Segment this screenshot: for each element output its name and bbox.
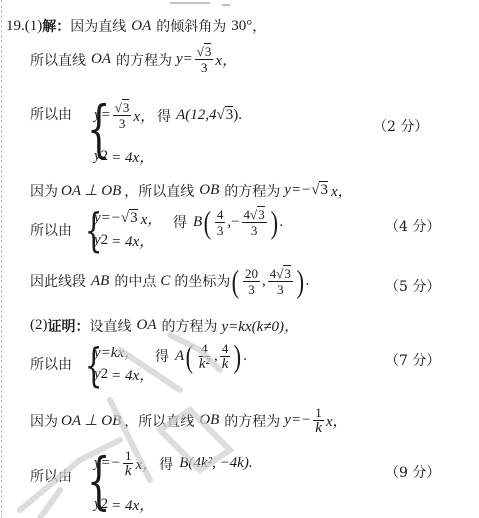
numerator: 20 [243,266,260,282]
perpendicular-relation: OA ⊥ OB [61,181,121,200]
fraction: √3 3 [113,100,132,131]
denominator: k [123,464,134,479]
point-name: B [193,214,202,231]
punct: ， [252,16,266,36]
part-label: (2) [30,317,48,334]
math-var: OA [131,18,151,35]
denominator: k² [197,357,212,372]
part1-line2: 所以直线 OA 的方程为 y= √3 3 x， [30,44,237,75]
cropped-text-fragment [222,0,230,6]
sqrt-sign: √ [121,210,129,227]
left-paren: ( [186,340,193,372]
text: 的方程为 [224,181,280,201]
part2-line2: 所以由 [30,354,72,374]
text: 得 [155,346,169,366]
score-label: （5 分） [385,276,440,296]
text: 所以由 [30,104,72,124]
exponent: 2 [101,496,109,513]
point-result: B(4k², −4k). [179,455,252,472]
page-edge-dashed [1,0,2,518]
point-name: A [175,348,184,365]
var-y: y [94,148,101,165]
system-eq1: y=− 1 k x， 得 B(4k², −4k). [94,448,253,479]
punct: . [243,348,247,365]
equation-lhs: y= [94,107,111,124]
fraction: 4√3 3 [268,266,293,297]
sqrt-sign: √ [217,107,225,124]
equation-rhs: x， [141,208,163,229]
equation-rhs: x， [136,453,158,474]
text: 的中点 [114,271,156,291]
text: 的坐标为 [174,271,230,291]
sqrt-sign: √ [197,44,204,59]
equation: = 4x， [111,230,154,251]
angle-value: 30° [231,18,252,35]
score-label: （7 分） [385,350,440,370]
point-a-result: 得 A ( 4 k² , 4 k ) . [155,340,247,372]
sqrt-sign: √ [115,100,122,115]
text: 因为直线 [70,16,126,36]
part1-line3: 所以由 [30,104,72,124]
radicand: 3 [204,43,212,59]
exponent: 2 [101,232,109,249]
fraction: √3 3 [195,44,214,75]
math-var: OB [199,412,219,429]
colon: ： [56,16,70,36]
colon: ： [76,316,90,336]
fraction: 4 k [220,341,231,372]
numerator: 4 [199,341,210,357]
radicand: 3 [257,206,265,222]
score-label: （2 分） [373,116,428,136]
text: 因为 [30,181,58,201]
cropped-text-fragment [170,0,210,4]
radicand: 3 [283,265,291,281]
math-var: OB [199,182,219,199]
text: 得 [157,106,171,126]
left-paren: ( [232,265,239,297]
text: 所以由 [30,466,72,486]
right-paren: ) [270,206,277,238]
exponent: 2 [101,148,109,165]
text: 得 [159,454,173,474]
text: 因此线段 [30,271,86,291]
system-eq1: y=kx， [94,341,139,362]
math-var: AB [91,273,109,290]
equation-rhs: x， [215,49,237,70]
document-page: 19. (1) 解 ： 因为直线 OA 的倾斜角为 30° ， 所以直线 OA … [0,0,479,518]
equation-lhs: y=− [284,182,311,199]
fraction: 20 3 [243,266,260,297]
comma: , [262,273,266,290]
denominator: 3 [249,223,260,238]
text: 所以由 [30,354,72,374]
radicand: 3 [122,99,130,115]
part1-line6: 因此线段 AB 的中点 C 的坐标为 ( 20 3 , 4√3 3 ) . [30,265,309,297]
fraction: 1 k [313,405,324,436]
math-var: C [160,273,170,290]
point-b-result: 得 B ( 4 3 ,− 4√3 3 ) . [173,206,283,238]
equation-lhs: y= [176,51,193,68]
text: 设直线 [90,316,132,336]
system-eq2: y2 = 4x， [94,146,154,167]
right-paren: ) [234,340,241,372]
denominator: 3 [117,116,128,131]
equation-rhs: x， [326,410,348,431]
equation-lhs: y=− [94,210,121,227]
part1-line5: 所以由 [30,220,72,240]
equation-rhs: x， [133,105,155,126]
text: 的倾斜角为 [156,16,226,36]
equation: = 4x， [111,146,154,167]
fraction: 4 3 [215,207,226,238]
var-y: y [94,366,101,383]
text: 的方程为 [116,50,172,70]
denominator: 3 [215,223,226,238]
punct: . [306,273,310,290]
score-label: （4 分） [385,216,440,236]
math-var: OA [137,317,157,334]
math-var: OA [91,51,111,68]
exponent: 2 [101,366,109,383]
equation: y=kx， [94,341,139,362]
text: 所以直线 [30,50,86,70]
text: ，所以直线 [124,181,194,201]
system-eq2: y2 = 4x， [94,364,154,385]
fraction: 4 k² [197,341,212,372]
comma: ,− [227,214,239,231]
solution-keyword: 解 [42,16,56,36]
punct: ). [233,107,242,124]
fraction: 1 k [123,448,134,479]
comma: , [214,348,218,365]
system-eq2: y2 = 4x， [94,494,154,515]
equation: y=kx(k≠0)， [222,315,299,336]
right-paren: ) [296,265,303,297]
var-y: y [94,496,101,513]
system-eq2: y2 = 4x， [94,230,154,251]
denominator: k [220,357,231,372]
part2-line4: 所以由 [30,466,72,486]
fraction: 4√3 3 [242,207,267,238]
sqrt-sign: √ [311,182,319,199]
equation: = 4x， [111,494,154,515]
system-eq1: y=− √3 x， [94,208,162,229]
radicand: 3 [319,181,328,198]
text: 得 [173,212,187,232]
part-label: (1) [25,18,43,35]
denominator: 3 [199,60,210,75]
sqrt-sign: √ [276,266,283,281]
point-result: A(12,4 [176,107,216,124]
denominator: 3 [246,282,257,297]
text: 因为 [30,411,58,431]
score-label: （9 分） [385,462,440,482]
part2-line3: 因为 OA ⊥ OB ，所以直线 OB 的方程为 y=− 1 k x， [30,405,348,436]
denominator: 3 [275,282,286,297]
equation: = 4x， [111,364,154,385]
numerator: 4 [220,341,231,357]
proof-keyword: 证明 [48,316,76,336]
perpendicular-relation: OA ⊥ OB [61,411,121,430]
numerator: 4 [215,207,226,223]
numerator: 1 [313,405,324,421]
left-paren: ( [204,206,211,238]
equation-lhs: y=− [94,455,121,472]
denominator: k [313,421,324,436]
part1-line4: 因为 OA ⊥ OB ，所以直线 OB 的方程为 y=− √3 x， [30,180,353,201]
part1-line1: 19. (1) 解 ： 因为直线 OA 的倾斜角为 30° ， [6,16,266,36]
text: 的方程为 [224,411,280,431]
radicand: 3 [129,209,138,226]
part2-line1: (2) 证明 ： 设直线 OA 的方程为 y=kx(k≠0)， [30,315,299,336]
radicand: 3 [225,106,234,123]
text: 的方程为 [162,316,218,336]
system-eq1: y= √3 3 x， 得 A(12,4 √3 ). [94,100,242,131]
var-y: y [94,232,101,249]
sqrt-sign: √ [250,207,257,222]
equation-rhs: x， [331,180,353,201]
text: ，所以直线 [124,411,194,431]
equation-lhs: y=− [284,412,311,429]
text: 所以由 [30,220,72,240]
punct: . [279,214,283,231]
problem-number: 19. [6,18,25,35]
numerator: 1 [123,448,134,464]
